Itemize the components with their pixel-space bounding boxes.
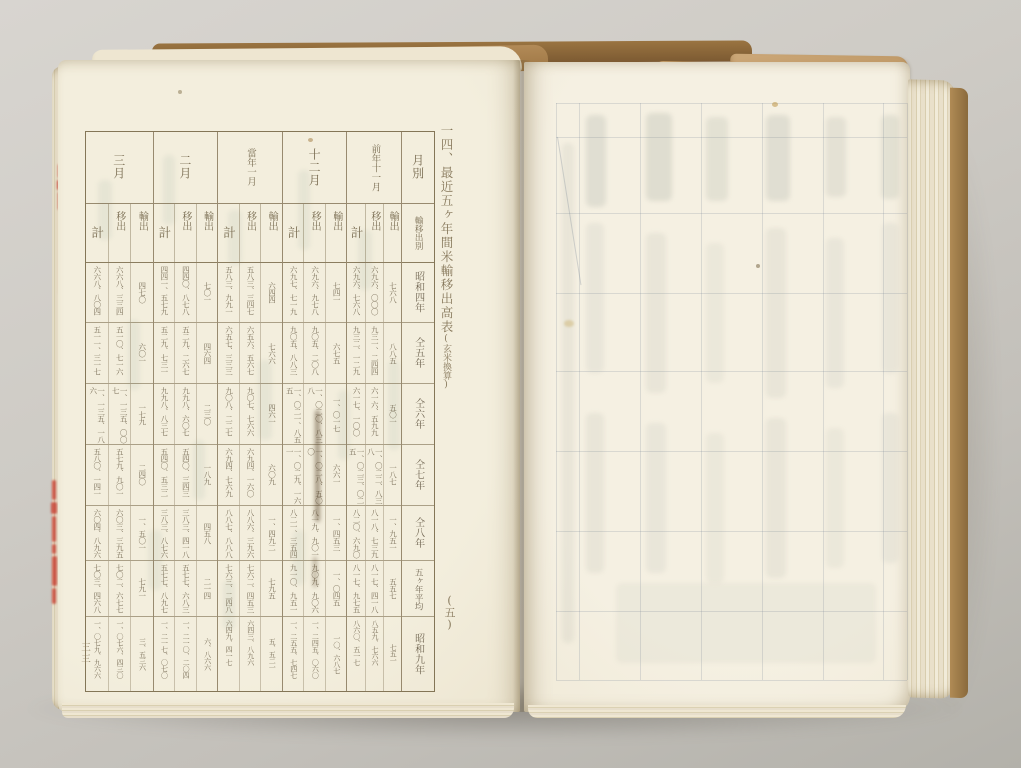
subheader-label: 移出 — [112, 211, 127, 231]
value-total: 五一一、三一七 — [93, 326, 101, 375]
value-cell-total: 九〇八、二二七 — [218, 384, 240, 444]
value-cell-export: 一、四五三 — [326, 506, 347, 561]
title-text: 一四、最近五ヶ年間米輸移出高表 — [439, 124, 454, 334]
value-total: 九〇八、二二七 — [225, 387, 233, 436]
value-total: 六九四、七六九 — [225, 448, 233, 497]
value-export: 一、五〇一 — [138, 516, 146, 551]
data-row: 八八七、八八八八八六、三九六一、四九二 — [218, 506, 282, 562]
value-export: 一〇、六八七 — [333, 635, 340, 674]
value-export: 四五八 — [203, 523, 211, 544]
value-cell-shipment: 五一〇、七一六 — [109, 323, 132, 383]
year-label: 仝七年 — [411, 459, 426, 491]
value-cell-shipment: 五七九、九〇一 — [109, 445, 132, 505]
value-cell-total: 一、二五五、七四七 — [283, 617, 305, 691]
show-through-text-column — [882, 413, 898, 563]
value-total: 九〇五、八八三 — [289, 326, 297, 375]
value-export: 四六四 — [203, 343, 211, 364]
month-label: 二月 — [177, 154, 194, 180]
value-export: 一七九 — [138, 404, 146, 425]
value-export: 六、八六六 — [203, 638, 210, 671]
subheader-label: 輸出 — [385, 211, 400, 231]
subheader-cell: 計 — [154, 204, 176, 262]
value-total: 七〇三、四六八 — [93, 564, 101, 613]
value-shipment: 五七九、九〇一 — [115, 448, 123, 497]
value-cell-total: 六六八、八〇四 — [86, 263, 109, 323]
subheader-label: 計 — [347, 226, 365, 239]
corner-header-label: 月別 — [410, 154, 427, 180]
subheader-cell: 移出 — [109, 204, 132, 262]
subheader-label: 輸出 — [134, 211, 149, 231]
value-shipment: 六九六、九七八 — [311, 266, 319, 315]
show-through-text-column — [586, 413, 604, 573]
year-label: 昭和四年 — [411, 271, 426, 313]
value-shipment: 五一〇、七一六 — [115, 326, 123, 375]
value-cell-export: 八八五 — [384, 323, 401, 383]
subheader-row: 計移出輸出 — [347, 204, 401, 263]
show-through-text-column — [616, 583, 876, 663]
value-shipment: 五四〇、三四三 — [181, 448, 189, 497]
value-total: 八一七、九七五 — [352, 564, 360, 613]
value-cell-shipment: 三八三、四一八 — [175, 506, 197, 561]
value-total: 八八七、八八八 — [225, 509, 233, 558]
value-export: 五五七 — [389, 578, 397, 599]
data-row: 六九四、七六九六九四、一六〇六〇九 — [218, 445, 282, 506]
grid-line-horizontal — [556, 371, 907, 372]
subheader-row: 計移出輸出 — [283, 204, 347, 263]
value-export: 六〇九 — [268, 464, 276, 485]
value-shipment: 七〇二、六七七 — [115, 564, 123, 613]
value-shipment: 七六二、四五三 — [246, 564, 254, 613]
grid-line-horizontal — [556, 137, 907, 138]
subheader-cell: 輸出 — [131, 204, 153, 262]
value-cell-export: 五、五二一 — [261, 617, 282, 691]
value-total: 八二一、三五四 — [289, 509, 297, 558]
value-total: 一、一三五、一八六 — [89, 387, 105, 444]
value-cell-export: 五五七 — [384, 561, 401, 616]
value-export: 四七〇 — [138, 282, 146, 303]
year-label: 五ヶ年平均 — [412, 568, 424, 611]
value-cell-shipment: 六四三、八九六 — [240, 617, 262, 691]
data-row: 一、二五五、七四七一、二四五、〇六〇一〇、六八七 — [283, 617, 347, 691]
value-shipment: 八五九、七六六 — [371, 620, 378, 666]
data-row: 九三二、一二九九三一、二四四八八五 — [347, 323, 401, 384]
data-row: 一、〇二三、〇二五一、〇二二、八三八一八七 — [347, 445, 401, 506]
value-cell-shipment: 五八三、三四七 — [240, 263, 262, 323]
value-cell-export: 四五八 — [197, 506, 218, 561]
month-column: 三月計移出輸出六六八、八〇四六六八、三三四四七〇五一一、三一七五一〇、七一六六〇… — [86, 132, 154, 691]
year-label-cell: 仝八年 — [402, 506, 434, 562]
month-column: 當年一月計移出輸出五八三、九九一五八三、三四七六四四六五七、三三三六五六、五六七… — [218, 132, 283, 691]
value-cell-shipment: 六六八、三三四 — [109, 263, 132, 323]
value-export: 七六八 — [389, 282, 397, 303]
value-shipment: 五二九、二六七 — [181, 326, 189, 375]
value-cell-export: 二三〇 — [197, 384, 218, 444]
value-total: 一、〇二九、一六一 — [285, 448, 301, 505]
value-shipment: 九九八、六〇七 — [181, 387, 189, 436]
data-row: 一、二一七、〇七〇一、二一〇、二〇四六、八六六 — [154, 617, 218, 691]
value-cell-total: 五二九、七三一 — [154, 323, 176, 383]
value-cell-export: 一八七 — [384, 445, 401, 505]
value-total: 五八〇、一四一 — [93, 448, 101, 497]
value-total: 六九七、七一九 — [289, 266, 297, 315]
value-cell-export: 四六一 — [261, 384, 282, 444]
subheader-row: 計移出輸出 — [86, 204, 153, 263]
subheader-cell: 移出 — [240, 204, 262, 262]
value-export: 一、〇四五 — [332, 571, 340, 606]
subheader-label: 輸出 — [199, 211, 214, 231]
show-through-text-column — [766, 115, 790, 201]
curled-page-edges — [908, 79, 954, 698]
value-total: 五七七、八九七 — [160, 564, 168, 613]
month-label: 當年一月 — [243, 148, 257, 186]
value-export: 七九五 — [268, 578, 276, 599]
paper-stain — [178, 90, 182, 94]
value-shipment: 九三一、二四四 — [370, 326, 378, 375]
value-cell-export: 一八九 — [197, 445, 218, 505]
show-through-text-column — [586, 115, 606, 207]
bottom-page-edges-left — [62, 703, 514, 718]
value-total: 九三二、一二九 — [352, 326, 360, 375]
value-export: 五、五二一 — [268, 638, 275, 671]
value-cell-shipment: 五七七、六八三 — [175, 561, 197, 616]
value-cell-shipment: 一、〇二二、八三八 — [366, 445, 384, 505]
value-total: 一、〇二三、〇二五 — [348, 448, 364, 505]
value-cell-export: 六〇九 — [261, 445, 282, 505]
value-total: 一、〇二一、八五五 — [285, 387, 301, 444]
value-shipment: 八一七、四一八 — [370, 564, 378, 613]
show-through-text-column — [706, 117, 728, 201]
value-cell-export: 六〇一 — [131, 323, 153, 383]
paper-stain — [564, 320, 574, 327]
year-label-cell: 仝五年 — [402, 323, 434, 384]
value-shipment: 六五六、五六七 — [246, 326, 254, 375]
value-cell-total: 六〇四、八九六 — [86, 506, 109, 561]
value-total: 一、〇七九、九六六 — [93, 620, 100, 679]
data-row: 五一一、三一七五一〇、七一六六〇一 — [86, 323, 153, 384]
value-export: 三、五三六 — [138, 638, 145, 671]
value-cell-total: 六九六、七六八 — [347, 263, 365, 323]
value-cell-shipment: 九三一、二四四 — [366, 323, 384, 383]
show-through-text-column — [562, 143, 574, 643]
show-through-text-column — [881, 115, 899, 199]
value-export: 一、〇一七 — [332, 397, 340, 432]
value-cell-shipment: 八一八、七三九 — [366, 506, 384, 561]
page-number: 三三 — [77, 642, 91, 665]
subheader-label: 移出 — [307, 211, 322, 231]
value-total: 七六三、二四八 — [225, 564, 233, 613]
value-cell-shipment: 八一七、四一八 — [366, 561, 384, 616]
value-total: 九九八、八三七 — [160, 387, 168, 436]
show-through-text-column — [646, 423, 666, 573]
year-label-cell: 五ヶ年平均 — [402, 561, 434, 617]
grid-line-horizontal — [556, 293, 907, 294]
subheader-cell: 計 — [347, 204, 365, 262]
subheader-label: 計 — [220, 226, 238, 239]
subheader-label: 輸出 — [329, 211, 344, 231]
subheader-cell: 計 — [218, 204, 240, 262]
value-cell-total: 一、一三五、一八六 — [86, 384, 109, 444]
rice-export-shipment-table: 三月計移出輸出六六八、八〇四六六八、三三四四七〇五一一、三一七五一〇、七一六六〇… — [85, 131, 435, 692]
grid-line-horizontal — [556, 680, 907, 681]
value-export: 二四〇 — [138, 464, 146, 485]
value-cell-export: 二四〇 — [131, 445, 153, 505]
show-through-text-column — [826, 117, 846, 197]
value-export: 八八五 — [389, 343, 397, 364]
subheader-label: 移出 — [367, 211, 382, 231]
value-total: 六六八、八〇四 — [93, 266, 101, 315]
value-cell-export: 七九一 — [131, 561, 153, 616]
value-total: 六四九、四一七 — [225, 620, 232, 666]
show-through-text-column — [826, 428, 844, 568]
paper-stain — [756, 264, 760, 268]
value-cell-total: 五七七、八九七 — [154, 561, 176, 616]
value-cell-total: 八二〇、六九〇 — [347, 506, 365, 561]
corner-header-cell: 月別 — [402, 132, 434, 204]
value-shipment: 一、二四五、〇六〇 — [311, 620, 318, 679]
data-row: 一、一三五、一八六一、一三五、〇〇七一七九 — [86, 384, 153, 445]
paper-stain — [308, 138, 313, 142]
data-row: 七六三、二四八七六二、四五三七九五 — [218, 561, 282, 617]
value-total: 六一七、一〇〇 — [352, 387, 360, 436]
data-row: 一、〇七九、九六六一、〇七六、四三〇三、五三六 — [86, 617, 153, 691]
value-cell-export: 二一四 — [197, 561, 218, 616]
subheader-cell: 輸出 — [261, 204, 282, 262]
value-cell-shipment: 六〇三、三九五 — [109, 506, 132, 561]
subheader-label: 計 — [155, 226, 173, 239]
subheader-label: 計 — [88, 226, 106, 239]
value-cell-shipment: 六九四、一六〇 — [240, 445, 262, 505]
subheader-cell: 輸出 — [326, 204, 347, 262]
value-cell-total: 六九七、七一九 — [283, 263, 305, 323]
year-label: 仝五年 — [411, 337, 426, 369]
value-cell-shipment: 五二九、二六七 — [175, 323, 197, 383]
value-export: 一八七 — [389, 464, 397, 485]
month-header-cell: 十二月 — [283, 132, 347, 204]
value-shipment: 六六八、三三四 — [115, 266, 123, 315]
data-row: 九〇五、八八三九〇五、二〇八六七五 — [283, 323, 347, 384]
value-cell-total: 五四〇、五三二 — [154, 445, 176, 505]
subheader-cell: 移出 — [175, 204, 197, 262]
year-label-cell: 仝七年 — [402, 445, 434, 506]
value-cell-shipment: 一、一三五、〇〇七 — [109, 384, 132, 444]
month-label: 十二月 — [306, 148, 323, 187]
corner-subheader-label: 輸移出別 — [412, 216, 424, 250]
photo-of-open-handwritten-ledger: 三月計移出輸出六六八、八〇四六六八、三三四四七〇五一一、三一七五一〇、七一六六〇… — [0, 0, 1021, 768]
month-header-cell: 二月 — [154, 132, 218, 204]
data-row: 七〇三、四六八七〇二、六七七七九一 — [86, 561, 153, 617]
book-cover-right-edge — [950, 88, 968, 699]
value-cell-total: 七六三、二四八 — [218, 561, 240, 616]
value-export: 七〇一 — [203, 282, 211, 303]
subheader-label: 輸出 — [264, 211, 279, 231]
value-shipment: 一、〇七六、四三〇 — [116, 620, 123, 679]
right-page-blank-leaf — [524, 62, 910, 712]
subheader-label: 移出 — [178, 211, 193, 231]
value-export: 一八九 — [203, 464, 211, 485]
grid-line-vertical — [579, 103, 580, 680]
data-row: 六〇四、八九六六〇三、三九五一、五〇一 — [86, 506, 153, 562]
corner-subheader-cell: 輸移出別 — [402, 204, 434, 263]
value-export: 二一四 — [203, 578, 211, 599]
grid-line-vertical — [556, 103, 557, 680]
value-shipment: 九〇七、七六六 — [246, 387, 254, 436]
value-cell-shipment: 一、〇七六、四三〇 — [109, 617, 132, 691]
value-total: 三八三、八七六 — [160, 509, 168, 558]
value-export: 七四一 — [332, 282, 340, 303]
value-cell-export: 一〇、六八七 — [326, 617, 347, 691]
year-label: 仝六年 — [411, 398, 426, 430]
value-export: 一、四五三 — [332, 516, 340, 551]
value-total: 六九六、七六八 — [352, 266, 360, 315]
value-cell-export: 一七九 — [131, 384, 153, 444]
value-cell-total: 九九八、八三七 — [154, 384, 176, 444]
value-cell-export: 一、〇四五 — [326, 561, 347, 616]
value-cell-export: 一、四九二 — [261, 506, 282, 561]
value-cell-export: 一、五〇一 — [131, 506, 153, 561]
value-cell-total: 三八三、八七六 — [154, 506, 176, 561]
value-cell-total: 五一一、三一七 — [86, 323, 109, 383]
value-cell-shipment: 八五九、七六六 — [366, 617, 384, 691]
value-cell-shipment: 五四〇、三四三 — [175, 445, 197, 505]
value-shipment: 一、〇二二、八三八 — [366, 448, 382, 505]
value-cell-shipment: 一、二一〇、二〇四 — [175, 617, 197, 691]
value-cell-export: 七六六 — [261, 323, 282, 383]
grid-line-horizontal — [556, 451, 907, 452]
data-row: 六六八、八〇四六六八、三三四四七〇 — [86, 263, 153, 324]
value-cell-shipment: 四四〇、八七八 — [175, 263, 197, 323]
value-shipment: 六四三、八九六 — [246, 620, 253, 666]
value-cell-total: 一、二一七、〇七〇 — [154, 617, 176, 691]
value-shipment: 一、一三五、〇〇七 — [111, 387, 127, 444]
year-label: 仝八年 — [411, 517, 426, 549]
value-export: 七五一 — [389, 644, 396, 664]
year-label-cell: 仝六年 — [402, 384, 434, 445]
value-shipment: 八八六、三九六 — [246, 509, 254, 558]
value-cell-total: 八一七、九七五 — [347, 561, 365, 616]
value-total: 一、二一七、〇七〇 — [160, 620, 167, 679]
value-cell-total: 九一〇、九五一 — [283, 561, 305, 616]
value-cell-export: 七四一 — [326, 263, 347, 323]
year-label-cell: 昭和四年 — [402, 263, 434, 324]
show-through-text-column — [826, 238, 844, 388]
value-cell-total: 一、〇二一、八五五 — [283, 384, 305, 444]
month-label: 前年十一月 — [367, 144, 381, 192]
value-export: 四六一 — [268, 404, 276, 425]
value-shipment: 一、二一〇、二〇四 — [182, 620, 189, 679]
value-total: 八六〇、五一七 — [352, 620, 359, 666]
data-row: 五四〇、五三二五四〇、三四三一八九 — [154, 445, 218, 506]
value-total: 五四〇、五三二 — [160, 448, 168, 497]
value-cell-total: 六五七、三三三 — [218, 323, 240, 383]
value-shipment: 六一六、五九九 — [370, 387, 378, 436]
value-cell-export: 七六八 — [384, 263, 401, 323]
value-cell-shipment: 八八六、三九六 — [240, 506, 262, 561]
value-cell-total: 六九四、七六九 — [218, 445, 240, 505]
value-cell-export: 六、八六六 — [197, 617, 218, 691]
data-row: 九九八、八三七九九八、六〇七二三〇 — [154, 384, 218, 445]
data-row: 五八〇、一四一五七九、九〇一二四〇 — [86, 445, 153, 506]
value-cell-export: 五〇一 — [384, 384, 401, 444]
value-cell-shipment: 六一六、五九九 — [366, 384, 384, 444]
value-cell-export: 六四四 — [261, 263, 282, 323]
value-total: 一、二五五、七四七 — [289, 620, 296, 679]
value-total: 五八三、九九一 — [225, 266, 233, 315]
value-cell-total: 九〇五、八八三 — [283, 323, 305, 383]
faint-ruled-grid — [556, 103, 908, 681]
value-cell-shipment: 七〇二、六七七 — [109, 561, 132, 616]
value-cell-total: 八六〇、五一七 — [347, 617, 365, 691]
subheader-row: 計移出輸出 — [218, 204, 282, 263]
red-edge-mark — [50, 478, 58, 648]
value-cell-total: 七〇三、四六八 — [86, 561, 109, 616]
data-row: 八六〇、五一七八五九、七六六七五一 — [347, 617, 401, 691]
value-cell-total: 一、〇二三、〇二五 — [347, 445, 365, 505]
data-row: 六一七、一〇〇六一六、五九九五〇一 — [347, 384, 401, 445]
value-cell-total: 八二一、三五四 — [283, 506, 305, 561]
data-row: 八一七、九七五八一七、四一八五五七 — [347, 561, 401, 617]
value-cell-export: 三、五三六 — [131, 617, 153, 691]
value-cell-total: 五八三、九九一 — [218, 263, 240, 323]
data-row: 六九六、七六八六九六、〇〇〇七六八 — [347, 263, 401, 324]
subheader-label: 計 — [284, 226, 302, 239]
value-shipment: 六九四、一六〇 — [246, 448, 254, 497]
value-cell-export: 一、〇一七 — [326, 384, 347, 444]
data-row: 五七七、八九七五七七、六八三二一四 — [154, 561, 218, 617]
data-row: 五二九、七三一五二九、二六七四六四 — [154, 323, 218, 384]
show-through-text-column — [646, 233, 666, 393]
value-cell-shipment: 七六二、四五三 — [240, 561, 262, 616]
show-through-text-column — [646, 113, 672, 201]
subheader-cell: 移出 — [304, 204, 326, 262]
value-cell-shipment: 六五六、五六七 — [240, 323, 262, 383]
year-label-column: 月別輸移出別昭和四年仝五年仝六年仝七年仝八年五ヶ年平均昭和九年 — [402, 132, 434, 691]
paper-stain — [772, 102, 778, 107]
value-total: 四四一、五七九 — [160, 266, 168, 315]
title-part-number: (五) — [441, 594, 457, 631]
subheader-cell: 輸出 — [197, 204, 218, 262]
title-note: (玄米換算) — [441, 334, 451, 390]
value-cell-shipment: 六九六、九七八 — [304, 263, 326, 323]
data-row: 五八三、九九一五八三、三四七六四四 — [218, 263, 282, 324]
grid-line-horizontal — [556, 213, 907, 214]
data-row: 六五七、三三三六五六、五六七七六六 — [218, 323, 282, 384]
value-cell-shipment: 九〇七、七六六 — [240, 384, 262, 444]
subheader-cell: 計 — [283, 204, 305, 262]
value-cell-export: 六六一 — [326, 445, 347, 505]
value-cell-export: 七九五 — [261, 561, 282, 616]
value-export: 一、四九二 — [268, 516, 276, 551]
grid-line-horizontal — [556, 103, 907, 104]
value-total: 九一〇、九五一 — [289, 564, 297, 613]
value-export: 七六六 — [268, 343, 276, 364]
value-shipment: 六〇三、三九五 — [115, 509, 123, 558]
table-title: 一四、最近五ヶ年間米輸移出高表(玄米換算) — [437, 124, 455, 658]
value-cell-shipment: 一、二四五、〇六〇 — [304, 617, 326, 691]
value-cell-total: 九三二、一二九 — [347, 323, 365, 383]
value-cell-shipment: 六九六、〇〇〇 — [366, 263, 384, 323]
value-cell-total: 一、〇二九、一六一 — [283, 445, 305, 505]
value-total: 六五七、三三三 — [225, 326, 233, 375]
show-through-text-column — [766, 418, 786, 578]
subheader-cell: 計 — [86, 204, 109, 262]
data-row: 四四一、五七九四四〇、八七八七〇一 — [154, 263, 218, 324]
month-column: 前年十一月計移出輸出六九六、七六八六九六、〇〇〇七六八九三二、一二九九三一、二四… — [347, 132, 402, 691]
show-through-text-column — [586, 223, 604, 373]
value-cell-export: 七〇一 — [197, 263, 218, 323]
value-total: 五二九、七三一 — [160, 326, 168, 375]
value-cell-total: 五八〇、一四一 — [86, 445, 109, 505]
show-through-text-column — [882, 223, 898, 373]
